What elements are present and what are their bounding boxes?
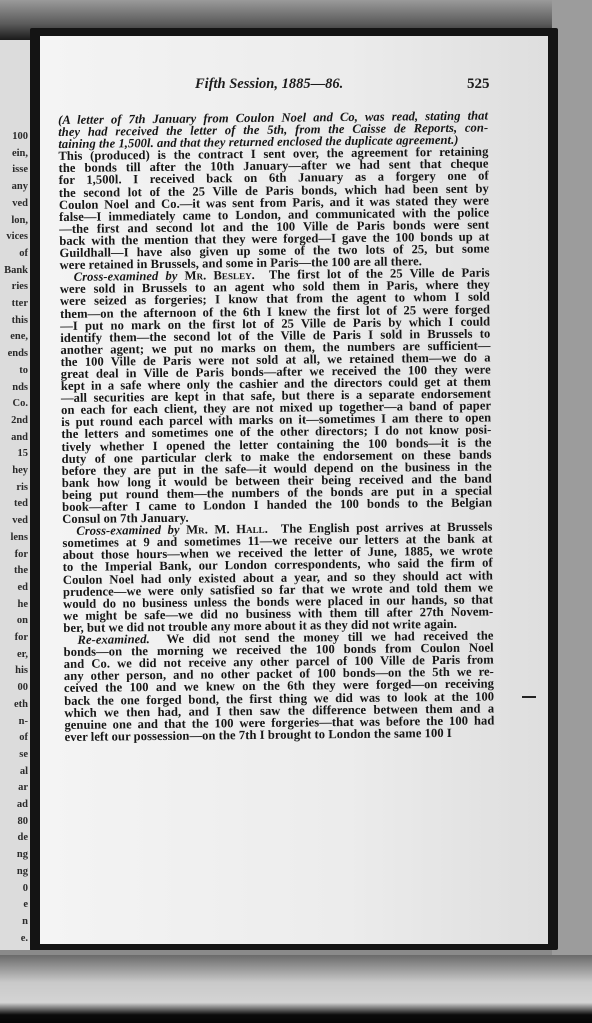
facing-page-text-fragment: ted [14,499,28,510]
facing-page-text-fragment: Co. [13,399,28,410]
facing-page-text-fragment: ar [18,783,28,794]
facing-page-text-fragment: ene, [10,332,28,343]
facing-page-text-fragment: isse [12,165,28,176]
book-page: Fifth Session, 1885—86. 525 (A letter of… [40,36,548,944]
facing-page-text-fragment: to [19,366,28,377]
facing-page-text-fragment: e [23,900,28,911]
facing-page-text-fragment: lon, [11,216,28,227]
facing-page-text-fragment: 15 [18,449,29,460]
facing-page-text-fragment: de [18,833,29,844]
paragraph-testimony: This (produced) is the contract I sent o… [58,146,489,271]
facing-page-text-fragment: nds [12,383,28,394]
scan-background-right [552,0,592,1023]
facing-page-text-fragment: for [15,633,28,644]
facing-page-text-fragment: ries [12,282,28,293]
facing-page-text-fragment: his [15,666,28,677]
ink-mark [522,696,536,698]
facing-page-text-fragment: ad [17,800,28,811]
facing-page-text-fragment: vices [6,232,28,243]
page-body: (A letter of 7th January from Coulon Noe… [58,109,495,742]
facing-page-text-fragment: 80 [18,817,29,828]
running-head: Fifth Session, 1885—86. [195,76,343,93]
facing-page-text-fragment: ved [12,199,28,210]
facing-page-text-fragment: ng [17,867,28,878]
facing-page-text-fragment: ends [8,349,28,360]
paragraph-re-examination: Re-examined. We did not send the money t… [63,629,494,742]
paragraph-cross-examination-hall: Cross-examined by Mr. M. Hall. The Engli… [62,521,493,634]
facing-page-text-fragment: ein, [12,149,28,160]
facing-page-text-fragment: e. [21,934,28,945]
facing-page-text-fragment: n [22,917,28,928]
facing-page-text-fragment: ved [12,516,28,527]
facing-page-text-fragment: n- [19,717,28,728]
facing-page-text-fragment: and [11,433,28,444]
facing-page-text-fragment: ng [17,850,28,861]
facing-page-text-fragment: se [19,750,28,761]
facing-page-text-fragment: er, [17,650,28,661]
facing-page-text-fragment: he [18,600,29,611]
facing-page-text-fragment: the [14,566,28,577]
facing-page-text-fragment: of [19,733,28,744]
facing-page-text-fragment: of [19,249,28,260]
paragraph-cross-examination-besley: Cross-examined by Mr. Besley. The first … [60,267,493,525]
page-number: 525 [467,76,490,93]
facing-page-text-fragment: 00 [18,683,29,694]
facing-page-text-fragment: hey [12,466,28,477]
facing-page-text-fragment: tter [12,299,28,310]
facing-page-text-fragment: 100 [12,132,28,143]
page-header: Fifth Session, 1885—86. 525 [40,76,548,96]
facing-page-text-fragment: al [20,767,28,778]
scan-background-bottom [0,955,592,1023]
facing-page-text-fragment: on [17,616,28,627]
facing-page-text-fragment: Bank [4,266,28,277]
facing-page-text-fragment: lens [10,533,28,544]
facing-page-text-fragment: 2nd [11,416,28,427]
facing-page-text-fragment: 0 [23,884,28,895]
facing-page-text-fragment: ed [18,583,29,594]
facing-page-text-fragment: any [12,182,28,193]
facing-page-text-fragment: eth [14,700,28,711]
facing-page-text-fragment: ris [16,483,28,494]
facing-page-text-fragment: this [12,316,28,327]
facing-page-edge: 100ein,isseanyvedlon,vicesofBankriestter… [0,40,30,950]
paragraph-letter-note: (A letter of 7th January from Coulon Noe… [58,109,488,150]
facing-page-text-fragment: for [15,550,28,561]
text-line: ever left our possession—on the 7th I br… [64,726,494,743]
